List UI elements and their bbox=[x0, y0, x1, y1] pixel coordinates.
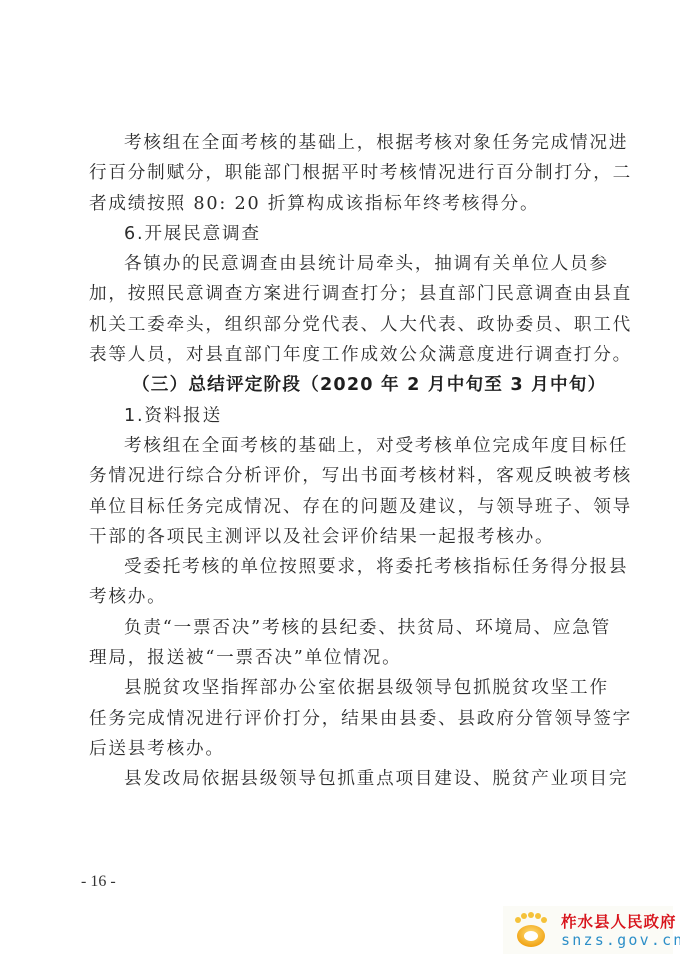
paragraph-line: 考核组在全面考核的基础上，根据考核对象任务完成情况进 bbox=[89, 128, 589, 158]
paragraph-line: 表等人员，对县直部门年度工作成效公众满意度进行调查打分。 bbox=[89, 340, 589, 370]
section-heading: （三）总结评定阶段（2020 年 2 月中旬至 3 月中旬） bbox=[89, 370, 589, 400]
footprint-logo-icon bbox=[511, 910, 551, 950]
paragraph-line: 受委托考核的单位按照要求，将委托考核指标任务得分报县 bbox=[89, 552, 589, 582]
subheading-materials: 1.资料报送 bbox=[89, 401, 589, 431]
page-number: - 16 - bbox=[81, 873, 116, 891]
paragraph-line: 理局，报送被“一票否决”单位情况。 bbox=[89, 643, 589, 673]
paragraph-line: 考核办。 bbox=[89, 582, 589, 612]
document-body: 考核组在全面考核的基础上，根据考核对象任务完成情况进 行百分制赋分，职能部门根据… bbox=[89, 128, 589, 795]
paragraph-line: 考核组在全面考核的基础上，对受考核单位完成年度目标任 bbox=[89, 431, 589, 461]
paragraph-line: 县发改局依据县级领导包抓重点项目建设、脱贫产业项目完 bbox=[89, 764, 589, 794]
site-watermark: 柞水县人民政府 snzs.gov.cn bbox=[503, 906, 673, 954]
watermark-text: 柞水县人民政府 snzs.gov.cn bbox=[561, 912, 680, 949]
paragraph-line: 负责“一票否决”考核的县纪委、扶贫局、环境局、应急管 bbox=[89, 613, 589, 643]
paragraph-line: 任务完成情况进行评价打分，结果由县委、县政府分管领导签字 bbox=[89, 704, 589, 734]
paragraph-line: 者成绩按照 80: 20 折算构成该指标年终考核得分。 bbox=[89, 189, 589, 219]
paragraph-line: 机关工委牵头，组织部分党代表、人大代表、政协委员、职工代 bbox=[89, 310, 589, 340]
paragraph-line: 后送县考核办。 bbox=[89, 734, 589, 764]
subheading-survey: 6.开展民意调查 bbox=[89, 219, 589, 249]
paragraph-line: 务情况进行综合分析评价，写出书面考核材料，客观反映被考核 bbox=[89, 461, 589, 491]
paragraph-line: 加，按照民意调查方案进行调查打分；县直部门民意调查由县直 bbox=[89, 279, 589, 309]
paragraph-line: 干部的各项民主测评以及社会评价结果一起报考核办。 bbox=[89, 522, 589, 552]
paragraph-line: 单位目标任务完成情况、存在的问题及建议，与领导班子、领导 bbox=[89, 492, 589, 522]
paragraph-line: 县脱贫攻坚指挥部办公室依据县级领导包抓脱贫攻坚工作 bbox=[89, 673, 589, 703]
document-page: 考核组在全面考核的基础上，根据考核对象任务完成情况进 行百分制赋分，职能部门根据… bbox=[0, 0, 680, 961]
paragraph-line: 各镇办的民意调查由县统计局牵头，抽调有关单位人员参 bbox=[89, 249, 589, 279]
watermark-url: snzs.gov.cn bbox=[561, 931, 680, 949]
paragraph-line: 行百分制赋分，职能部门根据平时考核情况进行百分制打分，二 bbox=[89, 158, 589, 188]
watermark-title: 柞水县人民政府 bbox=[561, 912, 680, 931]
